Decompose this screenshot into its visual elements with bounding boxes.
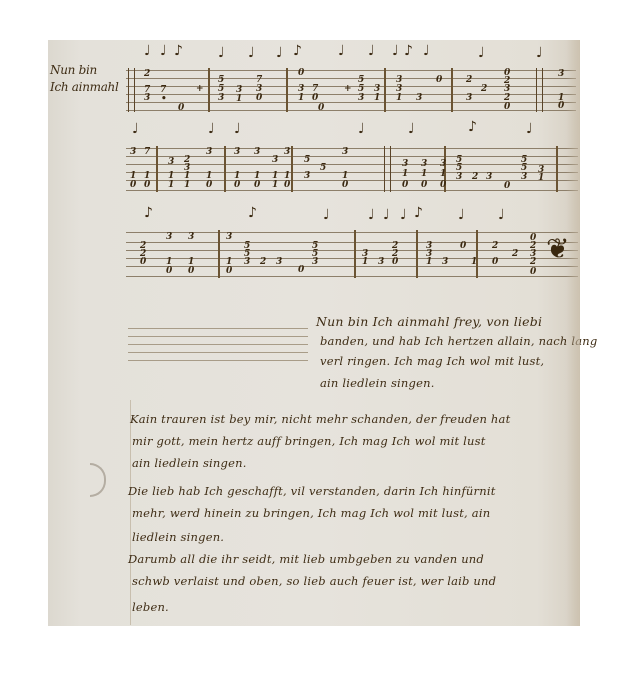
lyric-line: banden, und hab Ich hertzen allain, nach… [320,334,597,348]
flourish-ornament-icon: ❦ [546,232,569,265]
lyric-line: Nun bin Ich ainmahl frey, von liebi [316,314,542,329]
lyric-line: schwb verlaist und oben, so lieb auch fe… [132,574,496,588]
lyric-line: ain liedlein singen. [320,376,435,390]
barline [354,230,356,278]
barline [291,146,293,192]
barline [556,146,558,192]
lyric-line: Kain trauren ist bey mir, nicht mehr sch… [130,412,510,426]
margin-rule [130,400,131,625]
title-line-1: Nun bin [50,62,128,79]
manuscript-page: Nun bin Ich ainmahl 2 73 7• 0 + 553 31 7… [48,40,580,626]
lyric-line: Darumb all die ihr seidt, mit lieb umbge… [128,552,484,566]
barline [208,68,210,112]
barline [451,68,453,112]
repeat-bar [536,68,543,112]
start-repeat-bar [128,68,135,112]
barline [476,230,478,278]
lyric-line: mehr, werd hinein zu bringen, Ich mag Ic… [132,506,490,520]
tablature-staff-1: 2 73 7• 0 + 553 31 730 031 70 0 + 553 31… [126,68,576,112]
barline [218,230,220,278]
lyric-line: liedlein singen. [132,530,224,544]
barline [416,230,418,278]
lyric-line: ain liedlein singen. [132,456,247,470]
paper-stain-ring [90,463,106,497]
song-title: Nun bin Ich ainmahl [50,62,128,96]
lyric-line: mir gott, mein hertz auff bringen, Ich m… [132,434,486,448]
lyric-line: leben. [132,600,169,614]
barline [156,146,158,192]
barline [384,68,386,112]
title-line-2: Ich ainmahl [50,79,128,96]
lyric-line: Die lieb hab Ich geschafft, vil verstand… [128,484,496,498]
barline [224,146,226,192]
empty-tablature-staff [128,326,308,366]
tablature-staff-3: 220 310 310 310 553 2 3 0 553 31 3 220 3… [126,230,578,278]
tablature-staff-2: 310 710 311 2311 310 310 310 311 310 53 … [126,146,578,192]
lyric-line: verl ringen. Ich mag Ich wol mit lust, [320,354,544,368]
barline [286,68,288,112]
repeat-bar [384,146,391,192]
